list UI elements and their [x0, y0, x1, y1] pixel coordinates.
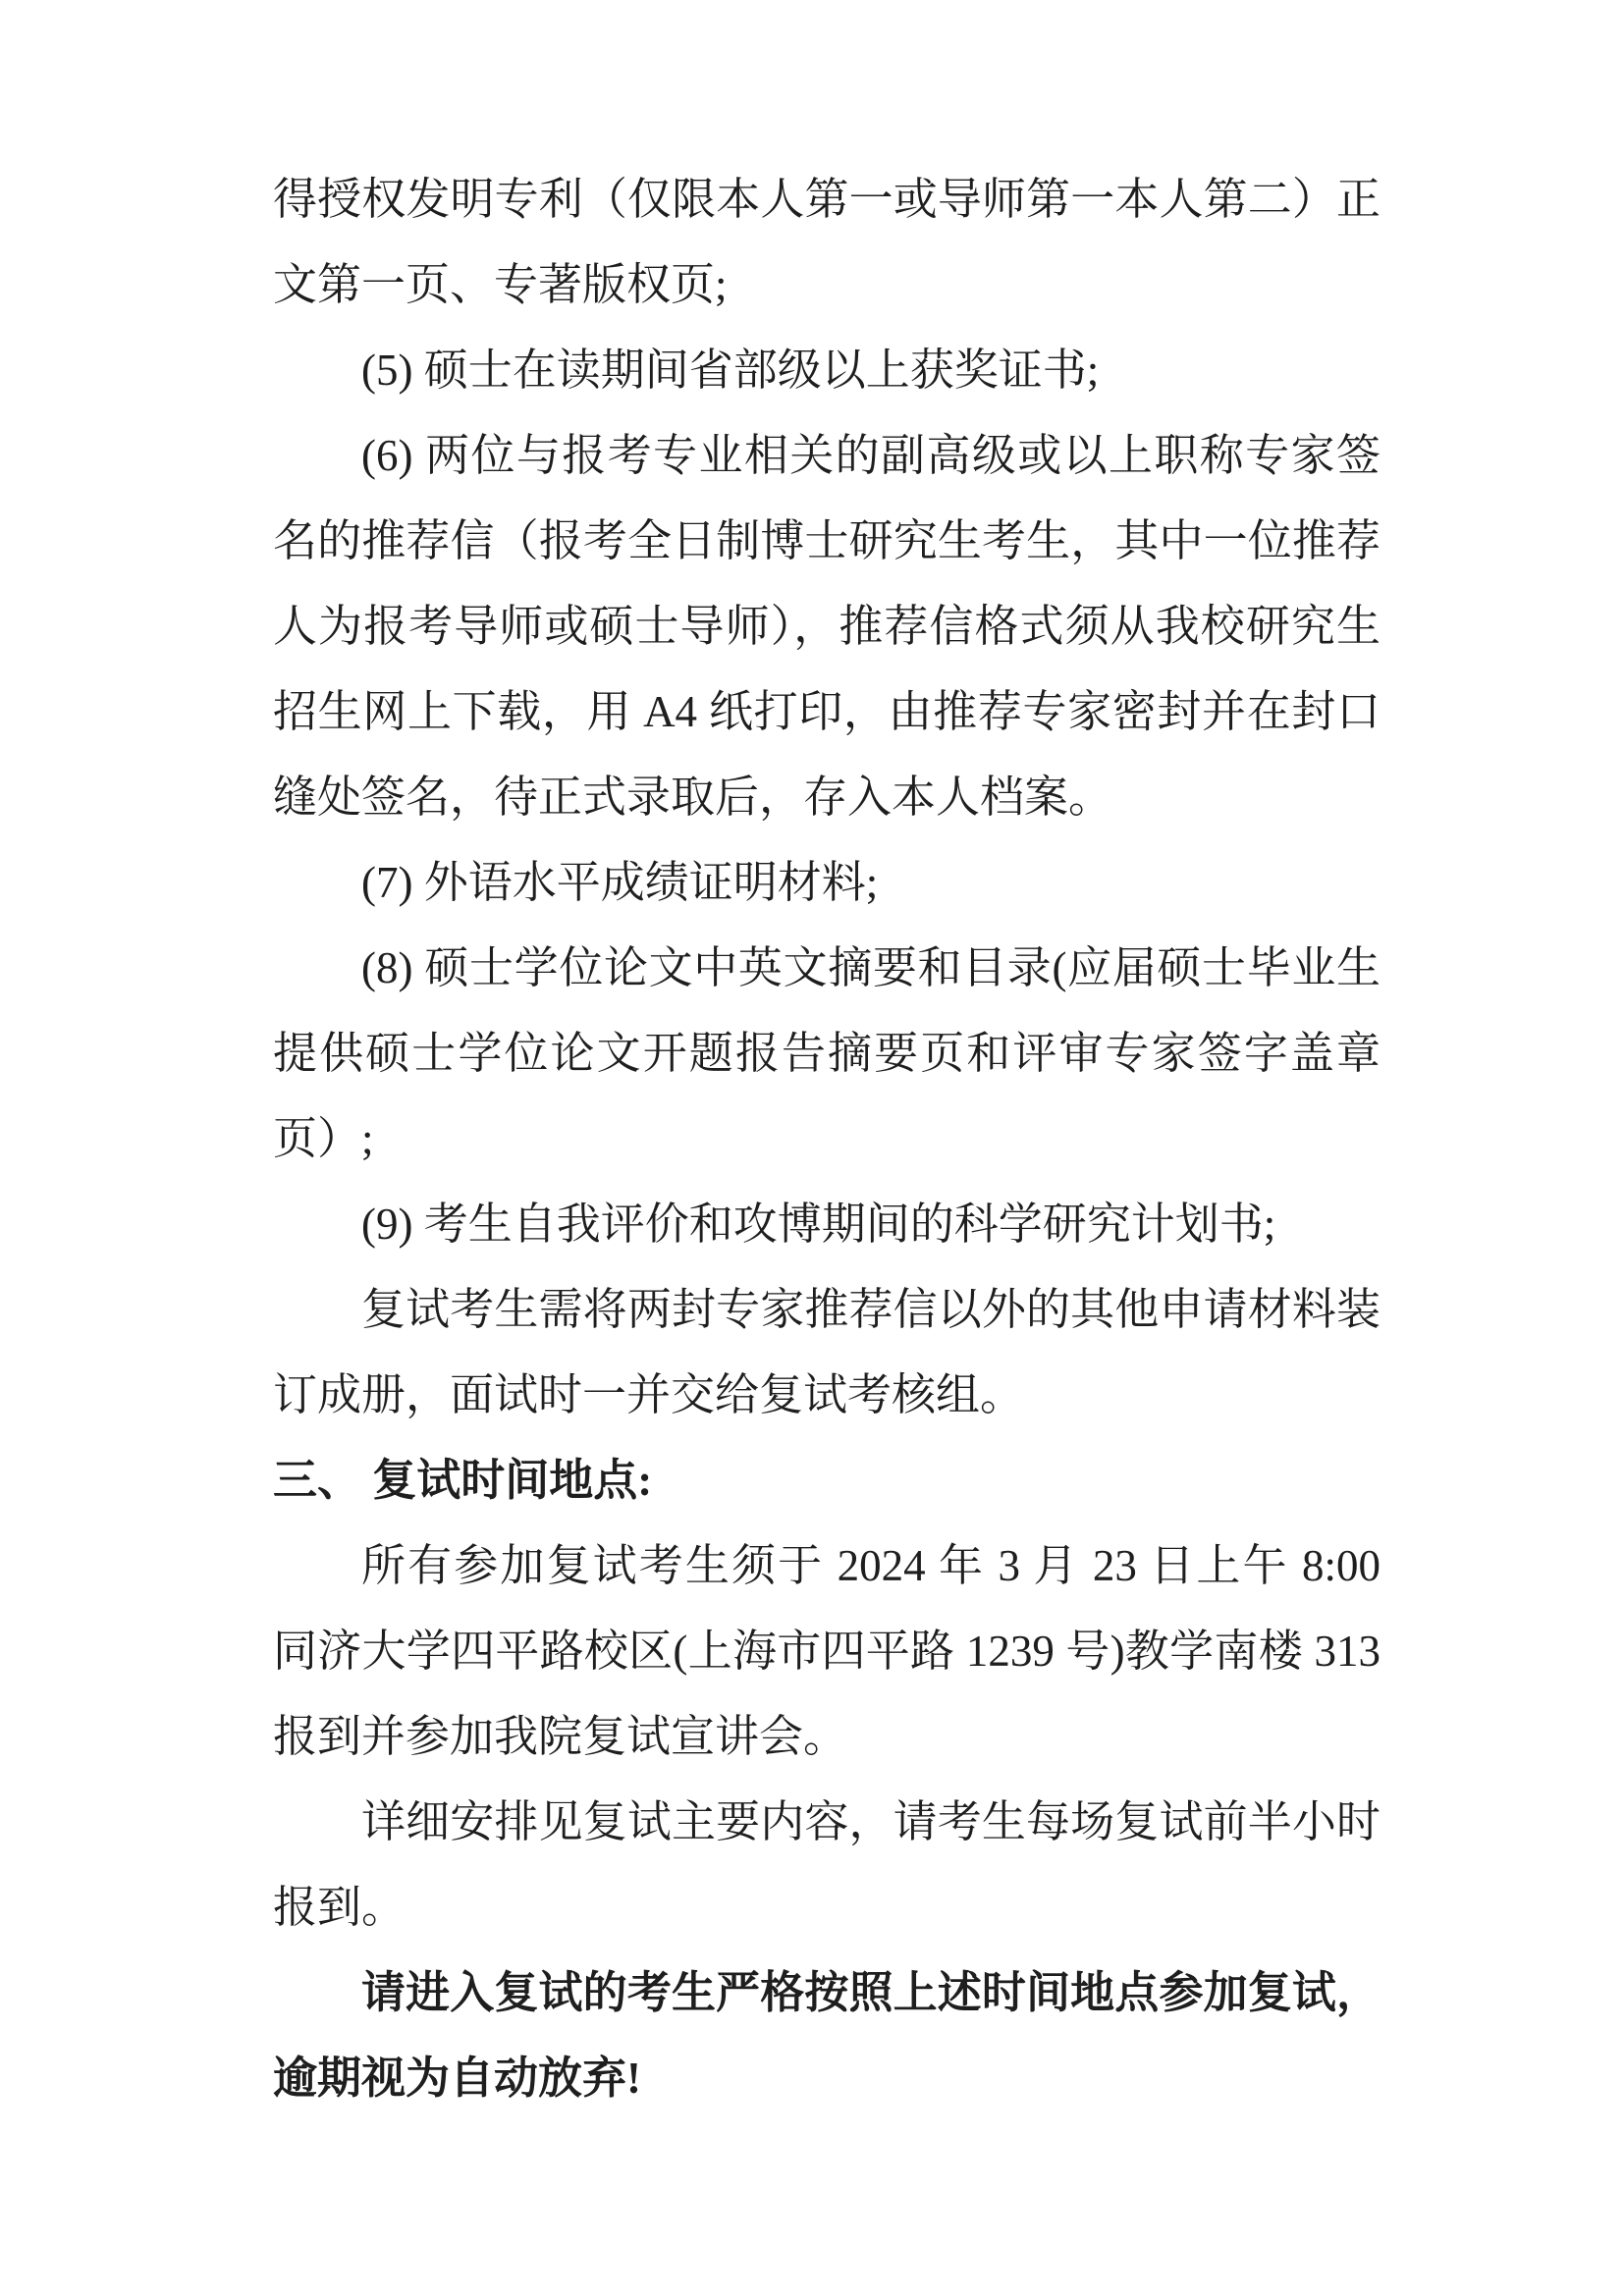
- text-line: 逾期视为自动放弃!: [273, 2036, 1380, 2121]
- document-body: 得授权发明专利（仅限本人第一或导师第一本人第二）正文第一页、专著版权页;(5) …: [273, 157, 1380, 2121]
- text-line: 提供硕士学位论文开题报告摘要页和评审专家签字盖章: [273, 1011, 1380, 1096]
- text-line: 缝处签名，待正式录取后，存入本人档案。: [273, 755, 1380, 840]
- text-line: 文第一页、专著版权页;: [273, 242, 1380, 328]
- text-line: 招生网上下载，用 A4 纸打印，由推荐专家密封并在封口骑: [273, 669, 1380, 755]
- text-line: 所有参加复试考生须于 2024 年 3 月 23 日上午 8:00 在: [273, 1523, 1380, 1609]
- text-line: 同济大学四平路校区(上海市四平路 1239 号)教学南楼 313: [273, 1609, 1380, 1694]
- text-line: 订成册，面试时一并交给复试考核组。: [273, 1353, 1380, 1438]
- text-line: 详细安排见复试主要内容，请考生每场复试前半小时: [273, 1780, 1380, 1865]
- text-line: 人为报考导师或硕士导师），推荐信格式须从我校研究生: [273, 584, 1380, 669]
- text-line: (5) 硕士在读期间省部级以上获奖证书;: [273, 328, 1380, 413]
- document-page: 得授权发明专利（仅限本人第一或导师第一本人第二）正文第一页、专著版权页;(5) …: [0, 0, 1624, 2296]
- text-line: 报到并参加我院复试宣讲会。: [273, 1694, 1380, 1780]
- text-line: (7) 外语水平成绩证明材料;: [273, 840, 1380, 926]
- text-line: 页）;: [273, 1096, 1380, 1182]
- section-heading: 三、 复试时间地点:: [273, 1438, 1380, 1523]
- text-line: (6) 两位与报考专业相关的副高级或以上职称专家签: [273, 413, 1380, 499]
- text-line: 复试考生需将两封专家推荐信以外的其他申请材料装: [273, 1267, 1380, 1353]
- text-line: 名的推荐信（报考全日制博士研究生考生，其中一位推荐: [273, 499, 1380, 584]
- text-line: 得授权发明专利（仅限本人第一或导师第一本人第二）正: [273, 157, 1380, 242]
- text-line: 请进入复试的考生严格按照上述时间地点参加复试，: [273, 1950, 1380, 2036]
- text-line: (8) 硕士学位论文中英文摘要和目录(应届硕士毕业生: [273, 926, 1380, 1011]
- text-line: 报到。: [273, 1865, 1380, 1950]
- text-line: (9) 考生自我评价和攻博期间的科学研究计划书;: [273, 1182, 1380, 1267]
